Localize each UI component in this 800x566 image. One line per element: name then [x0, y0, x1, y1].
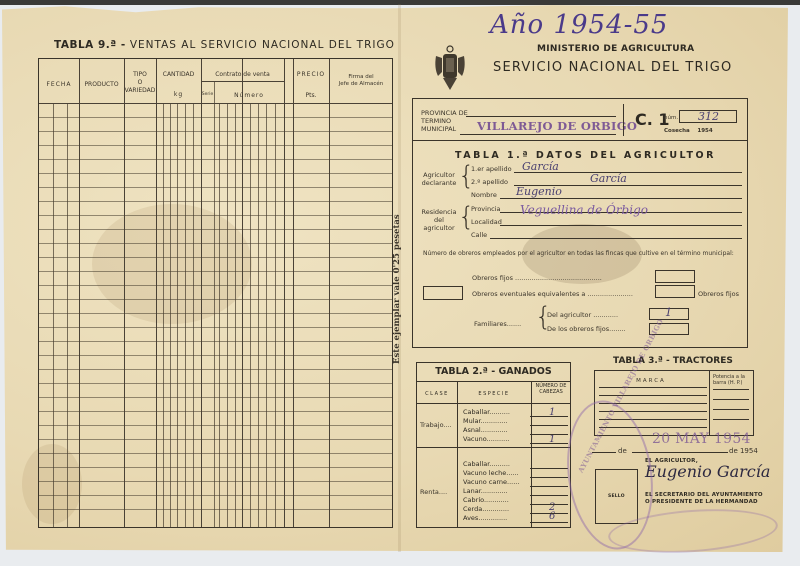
apellido1-value: García [522, 160, 559, 173]
col-divider [284, 59, 285, 527]
subcol [193, 103, 194, 527]
count-line [530, 468, 568, 469]
coat-of-arms-icon [432, 44, 468, 94]
col-firma: Firma del Jefe de Almacén [329, 74, 393, 88]
cosecha: Cosecha 1954 [664, 127, 713, 135]
subcol [266, 103, 267, 527]
col-serie: Serie [201, 92, 214, 97]
col-divider [293, 59, 294, 527]
table-row [39, 145, 392, 146]
renta-especie: Vacuno leche...... [463, 469, 519, 477]
trabajo-label: Trabajo.... [420, 421, 452, 429]
subcol [163, 103, 164, 527]
handwritten-year: Año 1954-55 [490, 10, 668, 40]
section-rule [412, 140, 748, 141]
municipal-label: MUNICIPAL [421, 125, 456, 133]
agricultor-label: Agricultor declarante [419, 171, 459, 187]
renta-especie: Aves.............. [463, 514, 507, 522]
subcol [258, 103, 259, 527]
col-cantidad: CANTIDAD [156, 71, 201, 78]
ministry-name: MINISTERIO DE AGRICULTURA [537, 44, 694, 54]
subcol [185, 103, 186, 527]
col-divider [124, 59, 125, 527]
col-marca: MARCA [595, 377, 707, 385]
table-row [39, 285, 392, 286]
renta-especie: Lanar............. [463, 487, 508, 495]
col-numero: Número [214, 92, 284, 99]
ventas-table: FECHA PRODUCTO TIPO O VARIEDAD CANTIDAD … [38, 58, 393, 528]
rule [417, 381, 570, 382]
col-tipo-o: O [138, 79, 143, 86]
calle-line [490, 238, 742, 239]
price-note: Este ejemplar vale 0'25 pesetas [392, 214, 402, 364]
table-row [39, 187, 392, 188]
tabla2-title: TABLA 2.ª - GANADOS [417, 366, 570, 377]
subcol [227, 103, 228, 527]
table-row [39, 201, 392, 202]
col-divider [329, 59, 330, 527]
table-row [39, 131, 392, 132]
table-row [39, 355, 392, 356]
tabla1-title: TABLA 1.ª DATOS DEL AGRICULTOR [455, 150, 716, 161]
header-rule [201, 81, 284, 82]
col-firma-line2: Jefe de Almacén [339, 81, 384, 87]
del-agricultor-label: Del agricultor ............ [547, 311, 618, 319]
col-cantidad-unit: kg [156, 91, 201, 98]
row-line [713, 419, 749, 420]
count-line [530, 443, 568, 444]
subcol [219, 103, 220, 527]
secretario-line2: O PRESIDENTE DE LA HERMANDAD [645, 499, 758, 505]
cosecha-value: 1954 [697, 128, 712, 134]
trabajo-especie: Caballar.......... [463, 408, 510, 416]
table-row [39, 341, 392, 342]
table-row [39, 257, 392, 258]
count-line [530, 434, 568, 435]
residencia-label: Residencia del agricultor [419, 208, 459, 232]
subcol [67, 103, 68, 527]
apellido2-value: García [590, 172, 627, 185]
table-row [39, 411, 392, 412]
secretario-line1: EL SECRETARIO DEL AYUNTAMIENTO [645, 492, 763, 498]
col-producto: PRODUCTO [79, 81, 124, 88]
table-row [39, 313, 392, 314]
eventuales-box [423, 286, 463, 300]
table-row [39, 495, 392, 496]
count-line [530, 486, 568, 487]
col-contrato: Contrato de venta [201, 71, 284, 78]
row-line [599, 387, 707, 388]
table-row [39, 243, 392, 244]
tabla9-title: TABLA 9.ª - VENTAS AL SERVICIO NACIONAL … [54, 39, 395, 51]
provincia-label: PROVINCIA DE [421, 109, 468, 117]
municipal-line [460, 134, 616, 135]
nombre-value: Eugenio [516, 185, 562, 198]
municipal-stamp: VILLAREJO DE ORBIGO [477, 119, 637, 133]
subcol [275, 103, 276, 527]
year-label: de 1954 [729, 447, 758, 455]
table-row [39, 327, 392, 328]
count-line [530, 425, 568, 426]
table-row [39, 397, 392, 398]
col-numero: NÚMERO DE CABEZAS [533, 383, 569, 395]
table-row [39, 481, 392, 482]
apellido1-label: 1.er apellido [471, 165, 512, 173]
calle-label: Calle [471, 231, 487, 239]
rule [417, 403, 570, 404]
provincia-line [466, 116, 616, 117]
num-label: núm. [664, 114, 678, 122]
col-clase: CLASE [417, 391, 457, 397]
subcol [53, 103, 54, 527]
rule [417, 447, 570, 448]
localidad-line [500, 225, 742, 226]
del-agricultor-box: 1 [649, 308, 689, 320]
count-line [530, 416, 568, 417]
trabajo-especie: Asnal............. [463, 426, 508, 434]
col-divider [79, 59, 80, 527]
provincia-field-label: Provincia [471, 205, 500, 213]
header-rule [39, 103, 392, 104]
localidad-value: Veguellina de Órbigo [520, 203, 648, 217]
table-row [39, 383, 392, 384]
nombre-label: Nombre [471, 191, 497, 199]
obreros-fijos-box [655, 270, 695, 283]
tabla9-number: TABLA 9.ª - [54, 39, 126, 51]
renta-label: Renta.... [420, 488, 447, 496]
row-line [713, 389, 749, 390]
nombre-line [500, 198, 742, 199]
count-line [530, 495, 568, 496]
table-row [39, 439, 392, 440]
col-fecha: FECHA [39, 81, 79, 88]
col-potencia: Potencia a la barra (H. P.) [713, 374, 753, 386]
col-divider [709, 371, 710, 435]
num-box: 312 [679, 110, 737, 123]
num-value: 312 [698, 110, 719, 123]
localidad-label: Localidad [471, 218, 502, 226]
subcol [214, 81, 215, 527]
col-divider [242, 59, 243, 527]
del-agricultor-value: 1 [665, 306, 672, 319]
termino-label: TERMINO [421, 117, 451, 125]
divider [623, 104, 624, 136]
table-row [39, 467, 392, 468]
col-precio-unit: Pts. [293, 92, 329, 99]
subcol [250, 103, 251, 527]
subcol [177, 103, 178, 527]
table-row [39, 509, 392, 510]
table-row [39, 369, 392, 370]
subcol [235, 103, 236, 527]
trabajo-especie: Mular............. [463, 417, 507, 425]
count-line [530, 513, 568, 514]
familiares-label: Familiares....... [474, 320, 521, 328]
col-tipo-label: TIPO [133, 71, 147, 78]
col-tipo: TIPO O VARIEDAD [124, 71, 156, 95]
table-row [39, 117, 392, 118]
table-row [39, 425, 392, 426]
col-divider [201, 59, 202, 527]
table-row [39, 299, 392, 300]
table-row [39, 453, 392, 454]
date-stamp: 20 MAY 1954 [652, 431, 751, 447]
tabla9-heading: VENTAS AL SERVICIO NACIONAL DEL TRIGO [130, 39, 395, 51]
service-name: SERVICIO NACIONAL DEL TRIGO [493, 60, 732, 75]
count-line [530, 477, 568, 478]
col-variedad-label: VARIEDAD [125, 87, 156, 94]
trabajo-especie: Vacuno........... [463, 435, 509, 443]
table-row [39, 173, 392, 174]
renta-especie: Cabrío............ [463, 496, 509, 504]
col-firma-line1: Firma del [348, 74, 373, 80]
cosecha-label: Cosecha [664, 128, 690, 134]
col-divider [156, 59, 157, 527]
col-precio: PRECIO [293, 71, 329, 78]
row-line [713, 399, 749, 400]
obreros-fijos-label: Obreros fijos ..........................… [472, 274, 602, 282]
obreros-eventuales-label: Obreros eventuales equivalentes a ......… [472, 290, 633, 298]
table-row [39, 271, 392, 272]
obreros-intro: Número de obreros empleados por el agric… [423, 250, 743, 257]
table-row [39, 215, 392, 216]
row-line [713, 409, 749, 410]
obreros-fijos-suffix: Obreros fijos [698, 290, 739, 298]
count-line [530, 504, 568, 505]
renta-especie: Caballar.......... [463, 460, 510, 468]
apellido2-label: 2.º apellido [471, 178, 508, 186]
table-row [39, 229, 392, 230]
table-row [39, 159, 392, 160]
renta-especie: Vacuno carne...... [463, 478, 519, 486]
farmer-signature: Eugenio García [645, 462, 770, 481]
eventuales-value-box [655, 285, 695, 298]
de-obreros-label: De los obreros fijos........ [547, 325, 626, 333]
ganados-table: TABLA 2.ª - GANADOS CLASE ESPECIE NÚMERO… [416, 362, 571, 528]
count-line [530, 522, 568, 523]
renta-especie: Cerda............. [463, 505, 509, 513]
subcol [170, 103, 171, 527]
col-especie: ESPECIE [457, 391, 531, 397]
